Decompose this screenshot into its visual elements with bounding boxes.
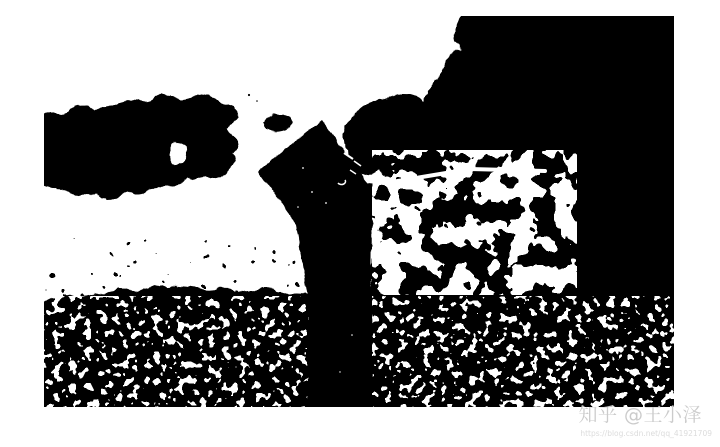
watermark-text: 知乎 @王小泽 [578,405,702,426]
binarized-photo [0,0,720,447]
gravel-speckles-left [44,296,312,407]
gravel-speckles-right [372,296,674,407]
binarized-photo-svg [0,0,720,447]
watermark: 知乎 @王小泽 https://blog.csdn.net/qq_4192170… [578,405,712,438]
bush-speckles [372,150,577,295]
screenshot-root: 知乎 @王小泽 https://blog.csdn.net/qq_4192170… [0,0,720,447]
transition-speckles [44,238,344,296]
watermark-url: https://blog.csdn.net/qq_41921709 [578,429,712,438]
cloud-hole [169,140,185,166]
